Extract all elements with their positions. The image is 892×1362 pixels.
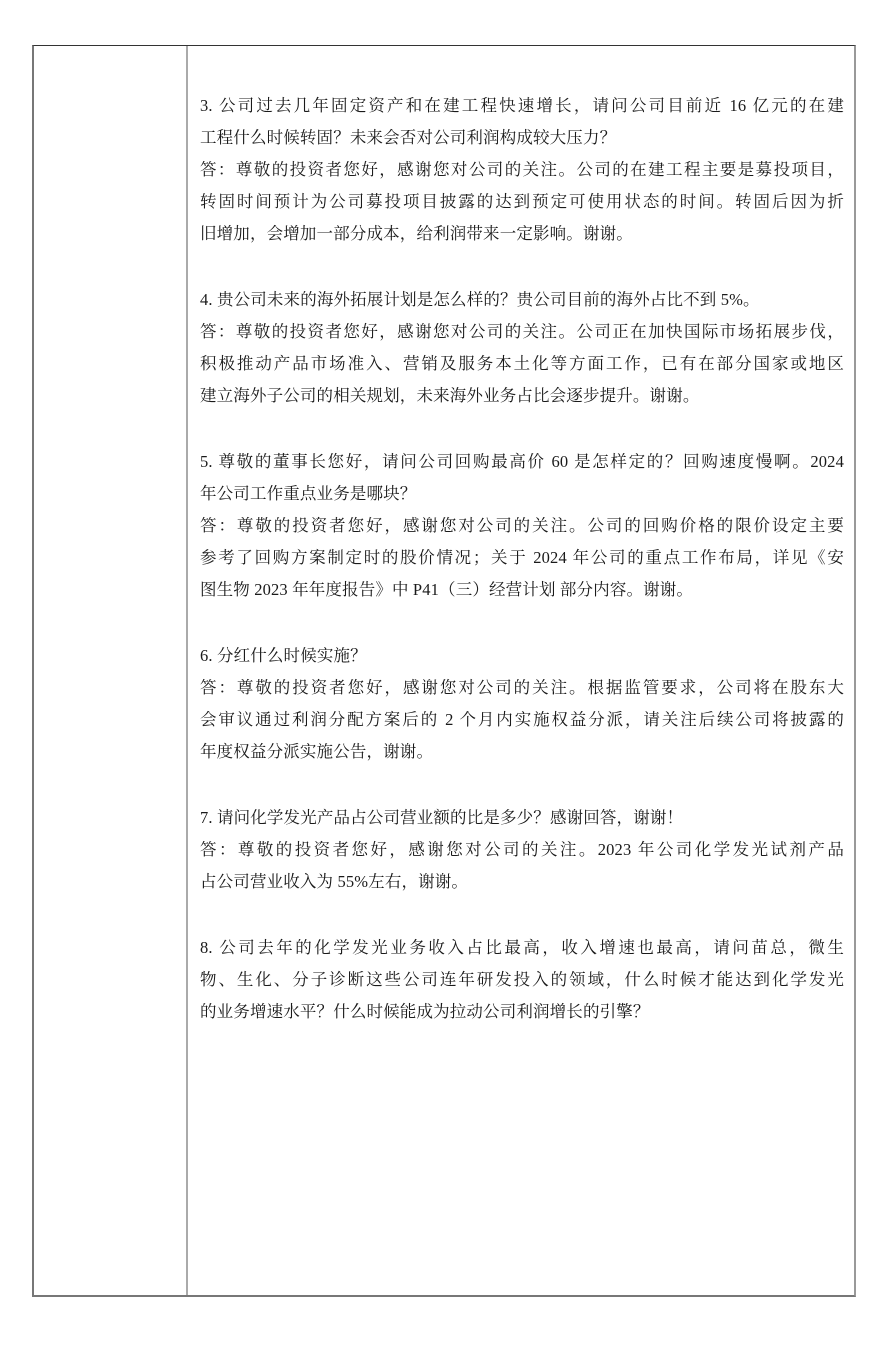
answer-line: 参考了回购方案制定时的股价情况；关于 2024 年公司的重点工作布局，详见《安 [200,542,844,574]
answer-line: 答：尊敬的投资者您好，感谢您对公司的关注。公司的在建工程主要是募投项目， [200,154,844,186]
qa-list: 3. 公司过去几年固定资产和在建工程快速增长，请问公司目前近 16 亿元的在建 … [200,90,844,1062]
question-line: 工程什么时候转固？未来会否对公司利润构成较大压力？ [200,122,844,154]
qa-item-8: 8. 公司去年的化学发光业务收入占比最高，收入增速也最高，请问苗总，微生 物、生… [200,932,844,1028]
question-line: 物、生化、分子诊断这些公司连年研发投入的领域，什么时候才能达到化学发光 [200,964,844,996]
qa-item-3: 3. 公司过去几年固定资产和在建工程快速增长，请问公司目前近 16 亿元的在建 … [200,90,844,250]
answer-line: 占公司营业收入为 55%左右，谢谢。 [200,866,844,898]
qa-item-4: 4. 贵公司未来的海外拓展计划是怎么样的？贵公司目前的海外占比不到 5%。 答：… [200,284,844,412]
answer-line: 转固时间预计为公司募投项目披露的达到预定可使用状态的时间。转固后因为折 [200,186,844,218]
question-line: 6. 分红什么时候实施？ [200,640,844,672]
question-line: 5. 尊敬的董事长您好，请问公司回购最高价 60 是怎样定的？回购速度慢啊。20… [200,446,844,478]
qa-table: 3. 公司过去几年固定资产和在建工程快速增长，请问公司目前近 16 亿元的在建 … [32,45,856,1297]
answer-line: 旧增加，会增加一部分成本，给利润带来一定影响。谢谢。 [200,218,844,250]
table-content-column: 3. 公司过去几年固定资产和在建工程快速增长，请问公司目前近 16 亿元的在建 … [188,46,854,1295]
question-line: 7. 请问化学发光产品占公司营业额的比是多少？感谢回答，谢谢！ [200,802,844,834]
answer-line: 积极推动产品市场准入、营销及服务本土化等方面工作，已有在部分国家或地区 [200,348,844,380]
question-line: 年公司工作重点业务是哪块？ [200,478,844,510]
answer-line: 答：尊敬的投资者您好，感谢您对公司的关注。公司正在加快国际市场拓展步伐， [200,316,844,348]
qa-item-6: 6. 分红什么时候实施？ 答：尊敬的投资者您好，感谢您对公司的关注。根据监管要求… [200,640,844,768]
answer-line: 建立海外子公司的相关规划，未来海外业务占比会逐步提升。谢谢。 [200,380,844,412]
question-line: 8. 公司去年的化学发光业务收入占比最高，收入增速也最高，请问苗总，微生 [200,932,844,964]
question-line: 的业务增速水平？什么时候能成为拉动公司利润增长的引擎？ [200,996,844,1028]
qa-item-5: 5. 尊敬的董事长您好，请问公司回购最高价 60 是怎样定的？回购速度慢啊。20… [200,446,844,606]
answer-line: 答：尊敬的投资者您好，感谢您对公司的关注。2023 年公司化学发光试剂产品 [200,834,844,866]
answer-line: 年度权益分派实施公告，谢谢。 [200,736,844,768]
answer-line: 会审议通过利润分配方案后的 2 个月内实施权益分派，请关注后续公司将披露的 [200,704,844,736]
table-label-column [34,46,188,1295]
question-line: 3. 公司过去几年固定资产和在建工程快速增长，请问公司目前近 16 亿元的在建 [200,90,844,122]
answer-line: 答：尊敬的投资者您好，感谢您对公司的关注。公司的回购价格的限价设定主要 [200,510,844,542]
answer-line: 答：尊敬的投资者您好，感谢您对公司的关注。根据监管要求，公司将在股东大 [200,672,844,704]
question-line: 4. 贵公司未来的海外拓展计划是怎么样的？贵公司目前的海外占比不到 5%。 [200,284,844,316]
qa-item-7: 7. 请问化学发光产品占公司营业额的比是多少？感谢回答，谢谢！ 答：尊敬的投资者… [200,802,844,898]
answer-line: 图生物 2023 年年度报告》中 P41（三）经营计划 部分内容。谢谢。 [200,574,844,606]
